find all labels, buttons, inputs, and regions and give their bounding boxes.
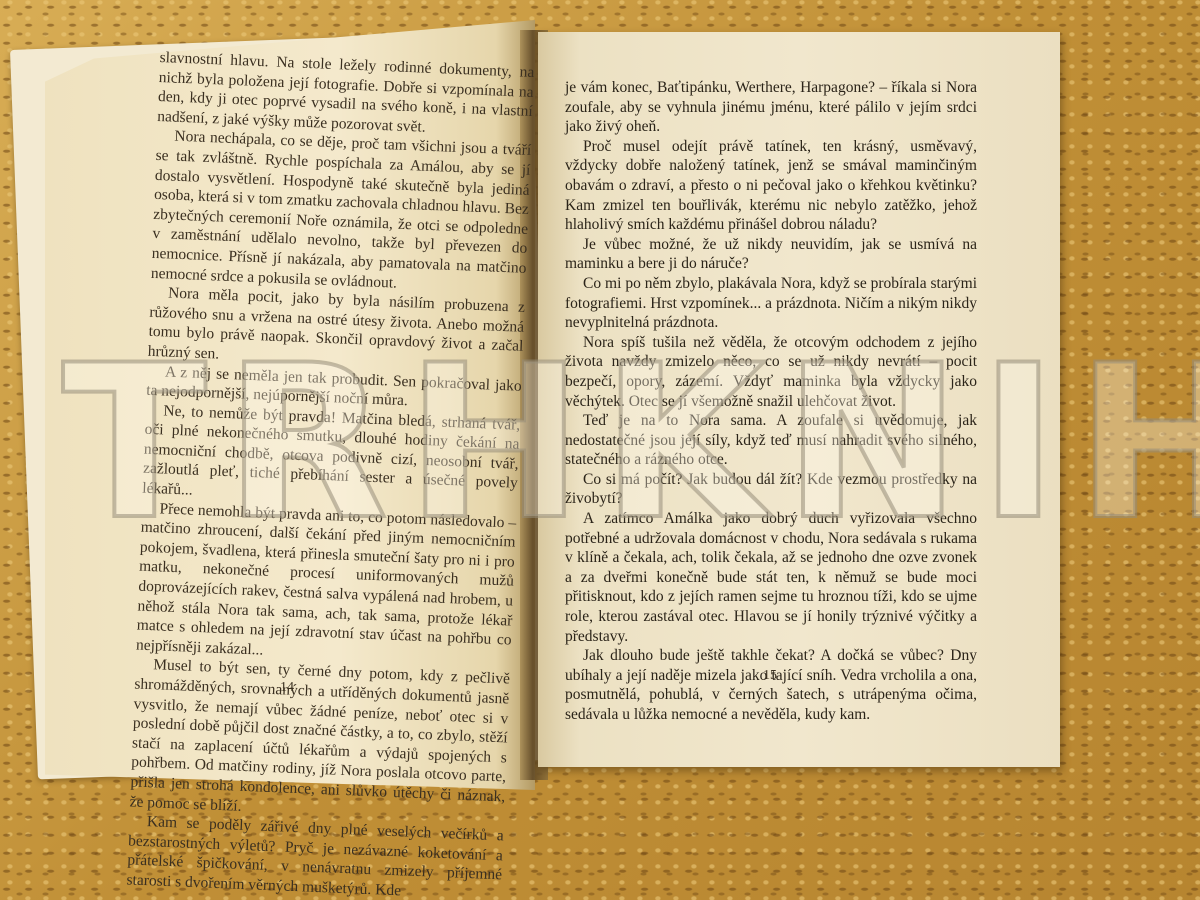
page-number-right: 15 — [763, 668, 777, 684]
paragraph: Co si má počít? Jak budou dál žít? Kde v… — [565, 470, 977, 509]
paragraph: slavnostní hlavu. Na stole ležely rodinn… — [157, 48, 535, 141]
paragraph: Musel to být sen, ty černé dny potom, kd… — [129, 655, 510, 827]
open-book: slavnostní hlavu. Na stole ležely rodinn… — [0, 0, 1200, 900]
paragraph: A zatímco Amálka jako dobrý duch vyřizov… — [565, 509, 977, 646]
right-page-text: je vám konec, Baťtipánku, Werthere, Harp… — [565, 78, 977, 725]
paragraph: Kam se poděly zářivé dny plné veselých v… — [126, 812, 504, 900]
paragraph: Přece nemohla být pravda ani to, co poto… — [136, 498, 517, 670]
left-page-text: slavnostní hlavu. Na stole ležely rodinn… — [126, 48, 535, 900]
paragraph: Co mi po něm zbylo, plakávala Nora, když… — [565, 274, 977, 333]
page-number-left: 14 — [280, 680, 294, 696]
paragraph: Nora nechápala, co se děje, proč tam vši… — [151, 126, 532, 298]
paragraph: Nora spíš tušila než věděla, že otcovým … — [565, 333, 977, 411]
paragraph: je vám konec, Baťtipánku, Werthere, Harp… — [565, 78, 977, 137]
paragraph: Nora měla pocit, jako by byla násilím pr… — [147, 283, 525, 376]
paragraph: Proč musel odejít právě tatínek, ten krá… — [565, 137, 977, 235]
paragraph: Jak dlouho bude ještě takhle čekat? A do… — [565, 646, 977, 724]
paragraph: Je vůbec možné, že už nikdy neuvidím, ja… — [565, 235, 977, 274]
paragraph: Ne, to nemůže být pravda! Matčina bledá,… — [142, 400, 521, 513]
paragraph: Teď je na to Nora sama. A zoufale si uvě… — [565, 411, 977, 470]
